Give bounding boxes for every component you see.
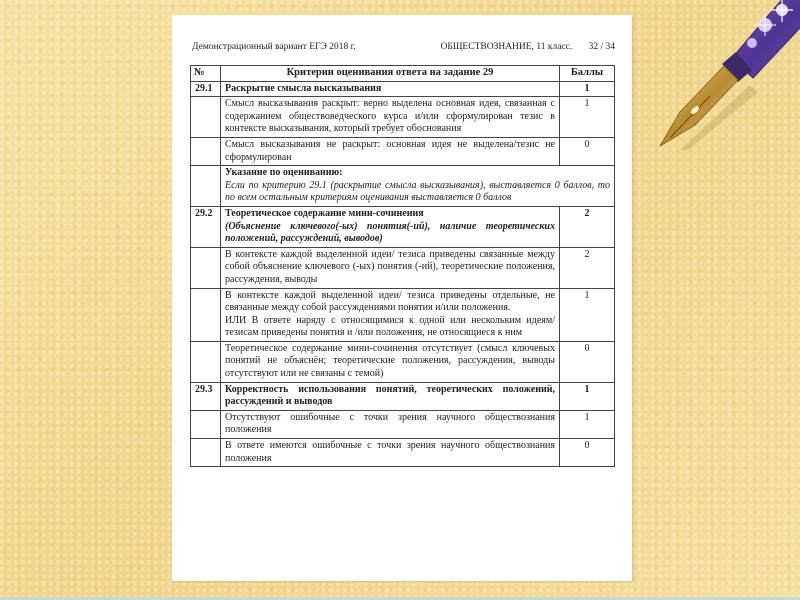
section-max-score: 2 (560, 206, 615, 247)
column-header-score: Баллы (560, 66, 615, 82)
column-header-number: № (191, 66, 221, 82)
criterion-text: В контексте каждой выделенной идеи/ тези… (221, 247, 560, 288)
grading-note-title: Указание по оцениванию: (225, 167, 610, 180)
criterion-text: В ответе имеются ошибочные с точки зрени… (221, 439, 560, 467)
column-header-criteria: Критерии оценивания ответа на задание 29 (221, 66, 560, 82)
section-max-score: 1 (560, 81, 615, 97)
grading-note: Указание по оцениванию: Если по критерию… (221, 166, 615, 207)
table-row: В контексте каждой выделенной идеи/ тези… (191, 247, 615, 288)
criterion-text-block: В контексте каждой выделенной идеи/ тези… (221, 288, 560, 341)
criterion-score: 0 (560, 341, 615, 382)
header-page-number: 32 / 34 (589, 42, 615, 52)
table-row: В ответе имеются ошибочные с точки зрени… (191, 439, 615, 467)
criterion-score: 1 (560, 288, 615, 341)
document-page: Демонстрационный вариант ЕГЭ 2018 г. ОБЩ… (172, 15, 632, 581)
table-row: Отсутствуют ошибочные с точки зрения нау… (191, 410, 615, 438)
table-header-row: № Критерии оценивания ответа на задание … (191, 66, 615, 82)
table-row: В контексте каждой выделенной идеи/ тези… (191, 288, 615, 341)
document-header: Демонстрационный вариант ЕГЭ 2018 г. ОБЩ… (192, 42, 615, 52)
section-title: Раскрытие смысла высказывания (221, 81, 560, 97)
criterion-score: 1 (560, 97, 615, 138)
criterion-text-alt: ИЛИ В ответе наряду с относящимися к одн… (225, 315, 555, 340)
criterion-text: Отсутствуют ошибочные с точки зрения нау… (221, 410, 560, 438)
criterion-text: Смысл высказывания раскрыт: верно выделе… (221, 97, 560, 138)
criterion-score: 2 (560, 247, 615, 288)
grading-note-text: Если по критерию 29.1 (раскрытие смысла … (225, 180, 610, 205)
section-max-score: 1 (560, 382, 615, 410)
section-title-block: Теоретическое содержание мини-сочинения … (221, 206, 560, 247)
criterion-score: 1 (560, 410, 615, 438)
section-number: 29.1 (191, 81, 221, 97)
section-title-row: 29.3 Корректность использования понятий,… (191, 382, 615, 410)
fountain-pen-icon (640, 0, 800, 150)
section-title-row: 29.2 Теоретическое содержание мини-сочин… (191, 206, 615, 247)
table-row: Теоретическое содержание мини-сочинения … (191, 341, 615, 382)
table-row: Смысл высказывания раскрыт: верно выделе… (191, 97, 615, 138)
criterion-text: Теоретическое содержание мини-сочинения … (221, 341, 560, 382)
section-title-row: 29.1 Раскрытие смысла высказывания 1 (191, 81, 615, 97)
table-row: Смысл высказывания не раскрыт: основная … (191, 137, 615, 165)
grading-note-row: Указание по оцениванию: Если по критерию… (191, 166, 615, 207)
section-number: 29.3 (191, 382, 221, 410)
criterion-text: Смысл высказывания не раскрыт: основная … (221, 137, 560, 165)
header-left: Демонстрационный вариант ЕГЭ 2018 г. (192, 42, 356, 52)
header-right: ОБЩЕСТВОЗНАНИЕ, 11 класс. 32 / 34 (427, 42, 615, 52)
criterion-text: В контексте каждой выделенной идеи/ тези… (225, 290, 555, 315)
section-title: Теоретическое содержание мини-сочинения (225, 208, 555, 221)
criterion-score: 0 (560, 137, 615, 165)
section-subtitle: (Объяснение ключевого(-ых) понятия(-ий),… (225, 221, 555, 246)
section-number: 29.2 (191, 206, 221, 247)
criteria-table: № Критерии оценивания ответа на задание … (190, 65, 615, 467)
section-title: Корректность использования понятий, теор… (221, 382, 560, 410)
criterion-score: 0 (560, 439, 615, 467)
header-subject: ОБЩЕСТВОЗНАНИЕ, 11 класс. (441, 42, 573, 52)
